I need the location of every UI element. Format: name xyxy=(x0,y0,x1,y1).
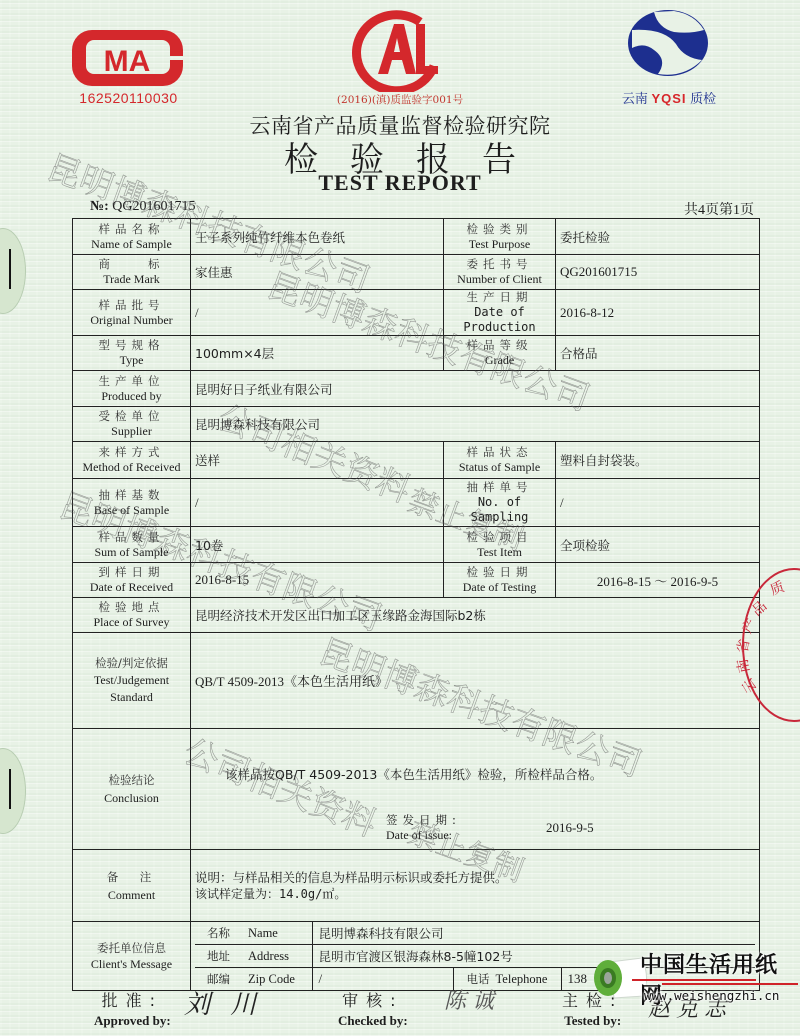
issue-date-value: 2016-9-5 xyxy=(546,820,594,836)
site-underline xyxy=(632,979,756,981)
label-date-of-production: 生产日期Date of Production xyxy=(444,290,556,336)
value-produced-by: 昆明好日子纸业有限公司 xyxy=(191,371,760,407)
label-sum-of-sample: 样品数量Sum of Sample xyxy=(73,527,191,563)
yqsi-brand: YQSI xyxy=(651,91,686,106)
comment-line-1: 说明：与样品相关的信息为样品明示标识或委托方提供。 xyxy=(195,869,755,886)
conclusion-text: 该样品按QB/T 4509-2013《本色生活用纸》检验，所检样品合格。 xyxy=(195,765,755,783)
checked-by: 审核: Checked by: xyxy=(338,988,408,1029)
site-logo[interactable]: 中国生活用纸网 www.weishengzhi.cn xyxy=(592,946,800,1016)
table-row: 受检单位Supplier 昆明博森科技有限公司 xyxy=(73,407,760,442)
value-test-standard: QB/T 4509-2013《本色生活用纸》 xyxy=(191,633,760,729)
label-supplier: 受检单位Supplier xyxy=(73,407,191,442)
comment-line-2: 该试样定量为：14.0g/㎡。 xyxy=(195,886,755,903)
label-client-message: 委托单位信息Client's Message xyxy=(73,922,191,991)
label-date-of-testing: 检验日期Date of Testing xyxy=(444,563,556,598)
site-url[interactable]: www.weishengzhi.cn xyxy=(644,988,779,1003)
issue-date-label-en: Date of issue: xyxy=(386,828,461,843)
report-number: №: QG201601715 xyxy=(90,199,195,215)
approved-by: 批准: Approved by: xyxy=(94,988,171,1029)
yqsi-suffix: 质检 xyxy=(690,91,716,106)
table-row: 生产单位Produced by 昆明好日子纸业有限公司 xyxy=(73,371,760,407)
binder-hole xyxy=(0,748,26,834)
yqsi-logo-icon xyxy=(624,8,712,78)
value-no-of-sampling: / xyxy=(556,479,760,527)
label-original-number: 样品批号Original Number xyxy=(73,290,191,336)
label-place-of-survey: 检验地点Place of Survey xyxy=(73,598,191,633)
table-row: 样品批号Original Number / 生产日期Date of Produc… xyxy=(73,290,760,336)
value-type: 100mm×4层 xyxy=(191,336,444,371)
checked-signature: 陈诚 xyxy=(444,984,500,1015)
yqsi-label: 云南 YQSI 质检 xyxy=(604,88,734,107)
label-status-of-sample: 样品状态Status of Sample xyxy=(444,442,556,479)
label-type: 型号规格Type xyxy=(73,336,191,371)
cal-number: (2016)(滇)质监验字001号 xyxy=(325,92,475,107)
report-number-label: №: xyxy=(90,199,109,214)
label-base-of-sample: 抽样基数Base of Sample xyxy=(73,479,191,527)
value-name-of-sample: 王子系列纯竹纤维本色卷纸 xyxy=(191,219,444,255)
value-original-number: / xyxy=(191,290,444,336)
label-no-of-sampling: 抽样单号No. of Sampling xyxy=(444,479,556,527)
table-row: 型号规格Type 100mm×4层 样品等级Grade 合格品 xyxy=(73,336,760,371)
label-comment: 备 注Comment xyxy=(73,850,191,922)
client-name-value: 昆明博森科技有限公司 xyxy=(312,922,755,945)
client-row-name: 名称Name 昆明博森科技有限公司 xyxy=(195,922,755,945)
table-row-conclusion: 检验结论 Conclusion 该样品按QB/T 4509-2013《本色生活用… xyxy=(73,729,760,850)
issue-date-label-cn: 签发日期: xyxy=(386,812,461,828)
page-info: 共4页第1页 xyxy=(684,199,754,219)
site-underline xyxy=(662,983,798,985)
table-row: 来样方式Method of Received 送样 样品状态Status of … xyxy=(73,442,760,479)
approved-signature: 刘 川 xyxy=(184,984,262,1021)
table-row: 到样日期Date of Received 2016-8-15 检验日期Date … xyxy=(73,563,760,598)
client-name-label: 名称Name xyxy=(195,922,312,945)
value-base-of-sample: / xyxy=(191,479,444,527)
label-date-of-received: 到样日期Date of Received xyxy=(73,563,191,598)
label-produced-by: 生产单位Produced by xyxy=(73,371,191,407)
cma-number: 162520110030 xyxy=(66,90,191,106)
value-place-of-survey: 昆明经济技术开发区出口加工区玉缘路金海国际b2栋 xyxy=(191,598,760,633)
cma-logo-icon: MA xyxy=(70,26,185,88)
binder-hole xyxy=(0,228,26,314)
label-trade-mark: 商 标Trade Mark xyxy=(73,255,191,290)
label-test-standard: 检验/判定依据 Test/Judgement Standard xyxy=(73,633,191,729)
yqsi-prefix: 云南 xyxy=(622,91,648,106)
issue-date-block: 签发日期: Date of issue: 2016-9-5 xyxy=(386,812,461,843)
label-test-item: 检验项目Test Item xyxy=(444,527,556,563)
table-row: 样品名称Name of Sample 王子系列纯竹纤维本色卷纸 检验类别Test… xyxy=(73,219,760,255)
value-supplier: 昆明博森科技有限公司 xyxy=(191,407,760,442)
table-row: 样品数量Sum of Sample 10卷 检验项目Test Item 全项检验 xyxy=(73,527,760,563)
label-conclusion: 检验结论 Conclusion xyxy=(73,729,191,850)
table-row: 抽样基数Base of Sample / 抽样单号No. of Sampling… xyxy=(73,479,760,527)
client-zip-value: / xyxy=(312,968,453,991)
label-method-of-received: 来样方式Method of Received xyxy=(73,442,191,479)
svg-text:MA: MA xyxy=(104,45,151,78)
value-status-of-sample: 塑料自封袋装。 xyxy=(556,442,760,479)
cal-logo-icon xyxy=(350,8,446,92)
label-number-of-client: 委托书号Number of Client xyxy=(444,255,556,290)
label-grade: 样品等级Grade xyxy=(444,336,556,371)
value-grade: 合格品 xyxy=(556,336,760,371)
table-row: 商 标Trade Mark 家佳惠 委托书号Number of Client Q… xyxy=(73,255,760,290)
value-test-purpose: 委托检验 xyxy=(556,219,760,255)
label-test-purpose: 检验类别Test Purpose xyxy=(444,219,556,255)
table-row: 检验地点Place of Survey 昆明经济技术开发区出口加工区玉缘路金海国… xyxy=(73,598,760,633)
value-trade-mark: 家佳惠 xyxy=(191,255,444,290)
label-name-of-sample: 样品名称Name of Sample xyxy=(73,219,191,255)
comment-cell: 说明：与样品相关的信息为样品明示标识或委托方提供。 该试样定量为：14.0g/㎡… xyxy=(191,850,760,922)
value-test-item: 全项检验 xyxy=(556,527,760,563)
client-address-label: 地址Address xyxy=(195,945,312,968)
value-date-of-testing: 2016-8-15 ～ 2016-9-5 xyxy=(556,563,760,598)
report-title-en: TEST REPORT xyxy=(0,170,800,196)
table-row-standard: 检验/判定依据 Test/Judgement Standard QB/T 450… xyxy=(73,633,760,729)
table-row-comment: 备 注Comment 说明：与样品相关的信息为样品明示标识或委托方提供。 该试样… xyxy=(73,850,760,922)
report-table: 样品名称Name of Sample 王子系列纯竹纤维本色卷纸 检验类别Test… xyxy=(72,218,760,991)
report-number-value: QG201601715 xyxy=(112,199,195,214)
value-sum-of-sample: 10卷 xyxy=(191,527,444,563)
value-number-of-client: QG201601715 xyxy=(556,255,760,290)
conclusion-cell: 该样品按QB/T 4509-2013《本色生活用纸》检验，所检样品合格。 签发日… xyxy=(191,729,760,850)
value-date-of-production: 2016-8-12 xyxy=(556,290,760,336)
value-date-of-received: 2016-8-15 xyxy=(191,563,444,598)
value-method-of-received: 送样 xyxy=(191,442,444,479)
